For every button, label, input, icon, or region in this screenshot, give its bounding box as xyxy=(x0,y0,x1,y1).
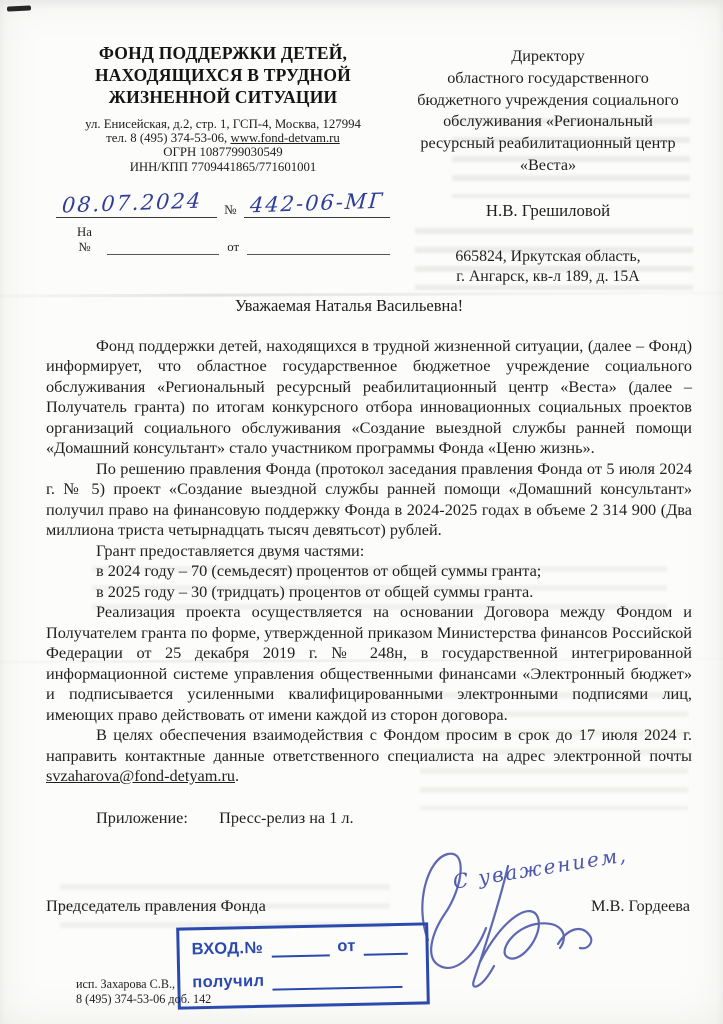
body-paragraph: Реализация проекта осуществляется на осн… xyxy=(46,602,692,725)
body-paragraph: По решению правления Фонда (протокол зас… xyxy=(46,459,692,541)
signer-position-title: Председатель правления Фонда xyxy=(46,896,266,917)
addressee-name: Н.В. Грешиловой xyxy=(385,200,711,222)
addressee-line: «Веста» xyxy=(385,155,711,177)
addressee-line: бюджетного учреждения социального xyxy=(385,90,711,112)
ref-na-label: На № xyxy=(70,225,99,255)
stamp-vhod-label: ВХОД.№ xyxy=(191,939,263,959)
ref-ot-label: от xyxy=(227,240,239,255)
addressee-line: областного государственного xyxy=(385,68,711,90)
executor-phone: 8 (495) 374-53-06 доб. 142 xyxy=(76,992,211,1007)
letter-body: Уважаемая Наталья Васильевна! Фонд подде… xyxy=(46,296,692,917)
addressee-line: Директору xyxy=(385,46,711,68)
org-phone: тел. 8 (495) 374-53-06, xyxy=(106,131,230,145)
addressee-block: Директору областного государственного бю… xyxy=(385,46,711,287)
postal-line: 665824, Иркутская область, xyxy=(385,247,711,267)
body-paragraph: Фонд поддержки детей, находящихся в труд… xyxy=(46,336,692,459)
body-paragraph: Грант предоставляется двумя частями: xyxy=(46,541,692,562)
attachment-value: Пресс-релиз на 1 л. xyxy=(219,808,354,827)
stamp-date-blank xyxy=(364,939,408,956)
org-contacts: ул. Енисейская, д.2, стр. 1, ГСП-4, Моск… xyxy=(56,117,390,174)
org-phone-line: тел. 8 (495) 374-53-06, www.fond-detvam.… xyxy=(56,131,390,145)
org-name-line: НАХОДЯЩИХСЯ В ТРУДНОЙ xyxy=(56,64,390,86)
email-paragraph-text: В целях обеспечения взаимодействия с Фон… xyxy=(46,725,692,765)
date-blank-line: 08.07.2024 xyxy=(56,187,217,218)
org-address: ул. Енисейская, д.2, стр. 1, ГСП-4, Моск… xyxy=(56,117,390,131)
addressee-postal: 665824, Иркутская область, г. Ангарск, к… xyxy=(385,247,711,287)
handwritten-signature-flourish xyxy=(408,842,643,997)
org-website-link[interactable]: www.fond-detvam.ru xyxy=(230,131,339,145)
handwritten-outgoing-number: 442-06-МГ xyxy=(249,188,385,217)
scan-edge-mark xyxy=(7,5,31,11)
org-ogrn: ОГРН 1087799030549 xyxy=(56,145,390,159)
incoming-registration-stamp: ВХОД.№ от получил xyxy=(176,922,430,1009)
stamp-received-blank xyxy=(272,972,402,991)
body-paragraph: в 2025 году – 30 (тридцать) процентов от… xyxy=(46,582,692,603)
number-blank-line: 442-06-МГ xyxy=(244,187,390,218)
stamp-number-blank xyxy=(271,940,329,957)
contact-email-link[interactable]: svzaharova@fond-detyam.ru xyxy=(46,766,235,785)
stamp-ot-label: от xyxy=(337,937,356,956)
executor-footer: исп. Захарова С.В., 8 (495) 374-53-06 до… xyxy=(76,977,211,1006)
org-inn-kpp: ИНН/КПП 7709441865/771601001 xyxy=(56,160,390,174)
body-paragraph: в 2024 году – 70 (семьдесят) процентов о… xyxy=(46,561,692,582)
body-paragraph-with-email: В целях обеспечения взаимодействия с Фон… xyxy=(46,725,692,787)
attachment-label: Приложение: xyxy=(96,808,215,829)
salutation: Уважаемая Наталья Васильевна! xyxy=(46,296,652,317)
sender-letterhead: ФОНД ПОДДЕРЖКИ ДЕТЕЙ, НАХОДЯЩИХСЯ В ТРУД… xyxy=(56,42,390,255)
scanned-letter-page: ФОНД ПОДДЕРЖКИ ДЕТЕЙ, НАХОДЯЩИХСЯ В ТРУД… xyxy=(0,0,723,1024)
executor-name: исп. Захарова С.В., xyxy=(76,977,211,992)
addressee-line: обслуживания «Региональный xyxy=(385,111,711,133)
stamp-line-1: ВХОД.№ от xyxy=(191,936,413,960)
org-name-line: ЖИЗНЕННОЙ СИТУАЦИИ xyxy=(56,86,390,108)
postal-line: г. Ангарск, кв-л 189, д. 15А xyxy=(385,267,711,287)
handwritten-date: 08.07.2024 xyxy=(61,188,203,217)
ref-number-blank xyxy=(107,239,219,255)
addressee-line: ресурсный реабилитационный центр xyxy=(385,133,711,155)
outgoing-date-number-row: 08.07.2024 № 442-06-МГ xyxy=(56,186,390,218)
stamp-line-2: получил xyxy=(192,969,414,993)
org-name-line: ФОНД ПОДДЕРЖКИ ДЕТЕЙ, xyxy=(56,42,390,64)
reference-row: На № от xyxy=(56,225,390,255)
ref-date-blank xyxy=(247,239,390,255)
attachment-row: Приложение: Пресс-релиз на 1 л. xyxy=(46,808,692,829)
number-sign: № xyxy=(224,202,236,218)
email-paragraph-period: . xyxy=(235,766,239,785)
